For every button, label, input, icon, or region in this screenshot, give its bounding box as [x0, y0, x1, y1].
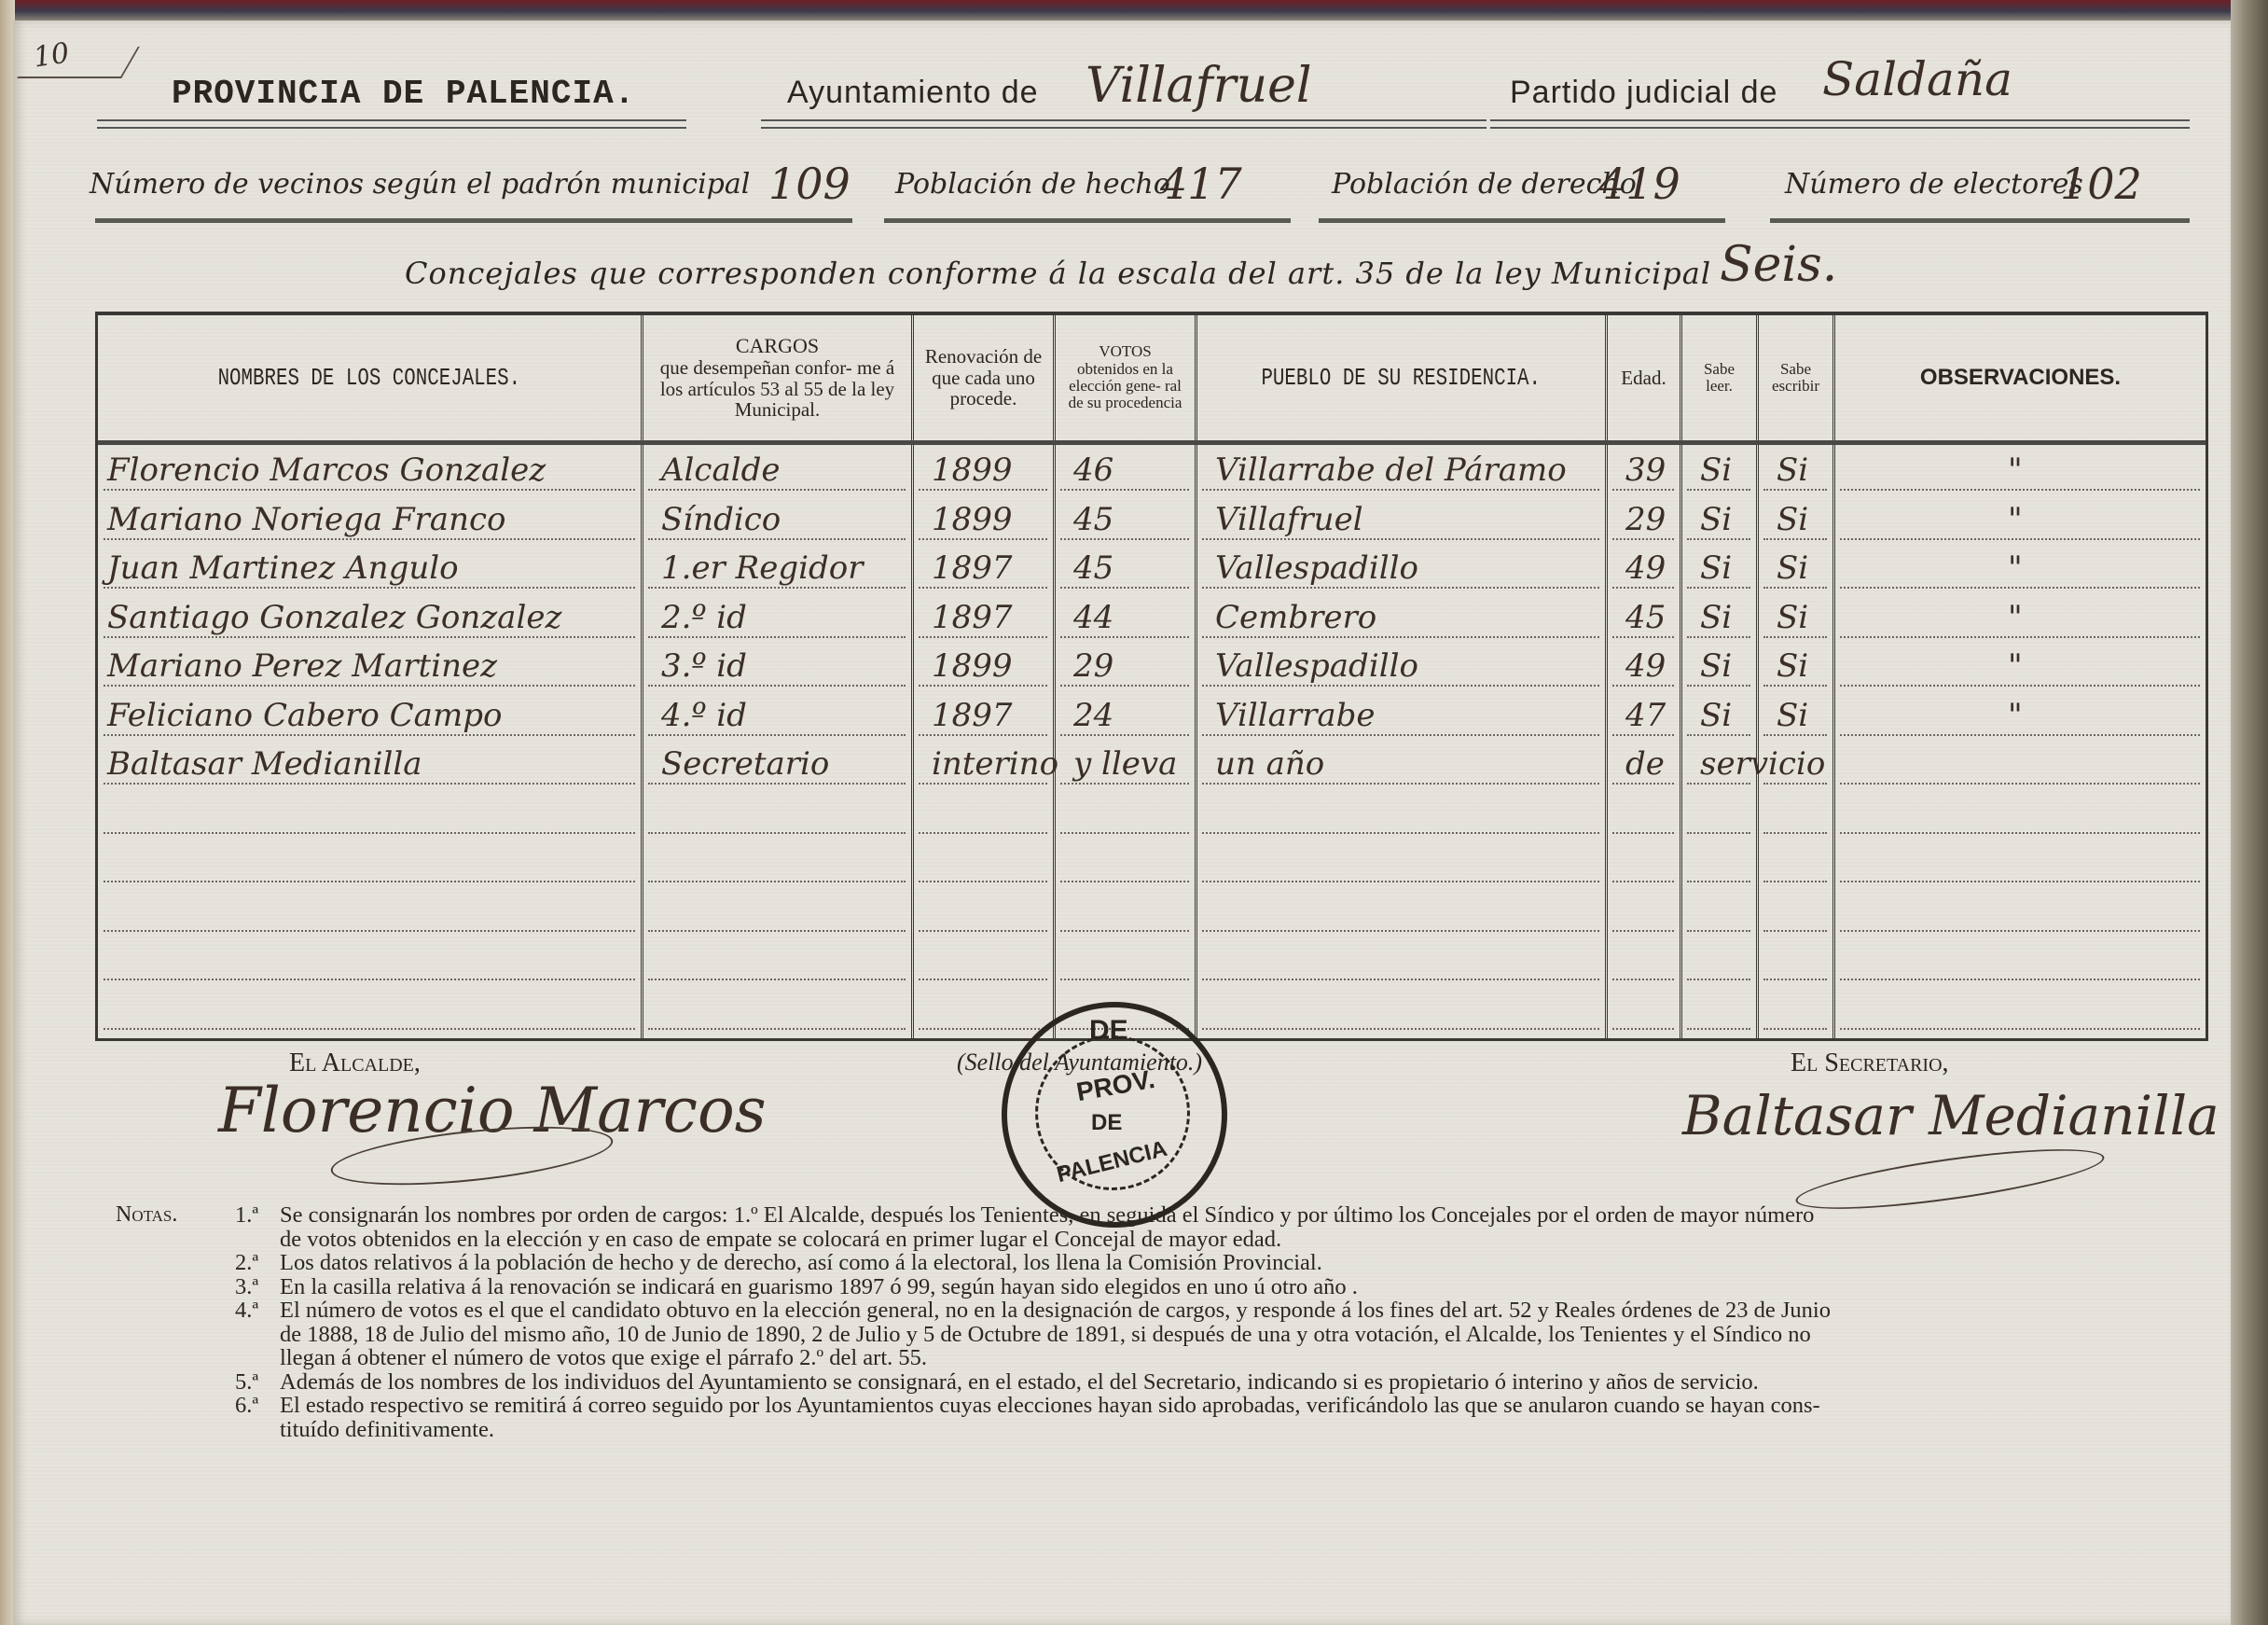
cell-escribir: Si	[1777, 501, 1808, 538]
dotted-line	[1687, 1028, 1750, 1030]
header-rule	[761, 119, 1487, 129]
cell-leer: Si	[1700, 697, 1732, 734]
dotted-line	[1612, 881, 1674, 882]
cell-edad: 29	[1625, 501, 1666, 538]
dotted-line	[1060, 783, 1189, 785]
table-row	[98, 789, 2206, 838]
cell-cargo: Secretario	[661, 745, 829, 783]
dotted-line	[1060, 685, 1189, 687]
header-cargos-sub: que desempeñan confor- me á los artículo…	[643, 357, 911, 421]
dotted-line	[1840, 734, 2200, 736]
cell-leer: Si	[1700, 599, 1732, 636]
dotted-line	[919, 979, 1047, 980]
cell-escribir: Si	[1777, 599, 1808, 636]
header-renovacion: Renovación de que cada uno procede.	[914, 315, 1053, 440]
cell-leer: Si	[1700, 501, 1732, 538]
cell-leer: servicio	[1700, 745, 1825, 783]
note-text: Se consignarán los nombres por orden de …	[280, 1203, 2205, 1228]
cell-obs: "	[2008, 451, 2023, 489]
cell-nombre: Santiago Gonzalez Gonzalez	[107, 599, 561, 636]
dotted-line	[104, 538, 635, 540]
cell-nombre: Juan Martinez Angulo	[107, 549, 459, 587]
note-number: 3.ª	[235, 1275, 280, 1299]
cell-cargo: Alcalde	[661, 451, 781, 489]
note-continuation: de votos obtenidos en la elección y en c…	[116, 1228, 2205, 1252]
cell-pueblo: Cembrero	[1215, 599, 1376, 636]
dotted-line	[648, 979, 906, 980]
dotted-line	[1202, 1028, 1599, 1030]
dotted-line	[1612, 538, 1674, 540]
dotted-line	[1202, 979, 1599, 980]
dotted-line	[1612, 1028, 1674, 1030]
cell-votos: 46	[1073, 451, 1113, 489]
note-number: 4.ª	[235, 1299, 280, 1323]
dotted-line	[1687, 783, 1750, 785]
header-edad: Edad.	[1608, 315, 1680, 440]
cell-renovacion: 1899	[932, 451, 1013, 489]
dotted-line	[1763, 636, 1827, 638]
cell-obs: "	[2008, 647, 2023, 685]
header-cargos: CARGOS que desempeñan confor- me á los a…	[643, 315, 911, 440]
cell-nombre: Florencio Marcos Gonzalez	[107, 451, 546, 489]
dotted-line	[1202, 832, 1599, 834]
census-rule	[884, 218, 1291, 223]
dotted-line	[1763, 881, 1827, 882]
dotted-line	[1060, 930, 1189, 932]
dotted-line	[919, 930, 1047, 932]
note-text: En la casilla relativa á la renovación s…	[280, 1275, 2205, 1299]
hecho-label: Población de hecho	[895, 168, 1170, 201]
book-right-edge	[2231, 0, 2268, 1625]
stamp-top-text: DE	[1089, 1015, 1128, 1047]
dotted-line	[648, 734, 906, 736]
partido-label: Partido judicial de	[1510, 75, 1777, 111]
dotted-line	[919, 832, 1047, 834]
table-row: Feliciano Cabero Campo4.º id189724Villar…	[98, 691, 2206, 740]
dotted-line	[104, 783, 635, 785]
cell-votos: 24	[1073, 697, 1113, 734]
dotted-line	[1612, 734, 1674, 736]
cell-pueblo: Vallespadillo	[1215, 647, 1418, 685]
note-5: 5.ª Además de los nombres de los individ…	[116, 1370, 2205, 1395]
hecho-value: 417	[1160, 159, 1242, 209]
cell-votos: y lleva	[1073, 745, 1177, 783]
dotted-line	[648, 587, 906, 589]
cell-nombre: Mariano Perez Martinez	[107, 647, 497, 685]
dotted-line	[104, 734, 635, 736]
secretario-label: El Secretario,	[1791, 1049, 1949, 1078]
cell-votos: 29	[1073, 647, 1113, 685]
cell-nombre: Baltasar Medianilla	[107, 745, 422, 783]
cell-pueblo: un año	[1215, 745, 1324, 783]
census-rule	[95, 218, 852, 223]
document-page: 10 PROVINCIA DE PALENCIA. Ayuntamiento d…	[13, 21, 2231, 1625]
dotted-line	[919, 636, 1047, 638]
concejales-label: Concejales que corresponden conforme á l…	[405, 256, 1711, 291]
dotted-line	[648, 489, 906, 491]
dotted-line	[1687, 881, 1750, 882]
dotted-line	[1060, 881, 1189, 882]
dotted-line	[919, 783, 1047, 785]
header-sabe-leer: Sabe leer.	[1682, 315, 1756, 440]
dotted-line	[1840, 538, 2200, 540]
cell-cargo: 2.º id	[661, 599, 747, 636]
cell-escribir: Si	[1777, 647, 1808, 685]
dotted-line	[1687, 832, 1750, 834]
dotted-line	[1763, 1028, 1827, 1030]
electores-label: Número de electores	[1785, 168, 2083, 201]
dotted-line	[1763, 587, 1827, 589]
dotted-line	[919, 587, 1047, 589]
table-row: Mariano Perez Martinez3.º id189929Valles…	[98, 642, 2206, 690]
cell-pueblo: Villarrabe	[1215, 697, 1376, 734]
cell-cargo: 1.er Regidor	[661, 549, 863, 587]
derecho-label: Población de derecho	[1332, 168, 1637, 201]
dotted-line	[104, 636, 635, 638]
table-row: Florencio Marcos GonzalezAlcalde189946Vi…	[98, 446, 2206, 494]
cell-edad: 49	[1625, 647, 1666, 685]
header-sabe-escribir: Sabe escribir	[1759, 315, 1832, 440]
cell-nombre: Mariano Noriega Franco	[107, 501, 506, 538]
note-continuation: de 1888, 18 de Julio del mismo año, 10 d…	[116, 1323, 2205, 1347]
dotted-line	[1612, 685, 1674, 687]
note-number: 6.ª	[235, 1394, 280, 1418]
dotted-line	[1840, 489, 2200, 491]
dotted-line	[1612, 489, 1674, 491]
dotted-line	[1763, 734, 1827, 736]
dotted-line	[919, 1028, 1047, 1030]
dotted-line	[919, 685, 1047, 687]
header-votos-sub: obtenidos en la elección gene- ral de su…	[1056, 361, 1195, 412]
dotted-line	[1840, 832, 2200, 834]
dotted-line	[1060, 636, 1189, 638]
dotted-line	[1612, 930, 1674, 932]
dotted-line	[1687, 538, 1750, 540]
census-rule	[1319, 218, 1725, 223]
ayuntamiento-value: Villafruel	[1086, 58, 1312, 114]
notes-label: Notas.	[116, 1203, 235, 1228]
header-pueblo: PUEBLO DE SU RESIDENCIA.	[1197, 315, 1605, 440]
dotted-line	[1202, 489, 1599, 491]
census-rule	[1770, 218, 2190, 223]
concejales-table: NOMBRES DE LOS CONCEJALES. CARGOS que de…	[95, 312, 2208, 1041]
note-text: El número de votos es el que el candidat…	[280, 1299, 2205, 1323]
cell-pueblo: Vallespadillo	[1215, 549, 1418, 587]
dotted-line	[1763, 979, 1827, 980]
cell-renovacion: 1899	[932, 501, 1013, 538]
dotted-line	[1763, 783, 1827, 785]
dotted-line	[1202, 734, 1599, 736]
cell-renovacion: interino	[932, 745, 1058, 783]
dotted-line	[1840, 1028, 2200, 1030]
cell-obs: "	[2008, 697, 2023, 734]
dotted-line	[919, 538, 1047, 540]
dotted-line	[1612, 979, 1674, 980]
dotted-line	[1612, 636, 1674, 638]
cell-renovacion: 1899	[932, 647, 1013, 685]
ayuntamiento-label: Ayuntamiento de	[787, 75, 1039, 111]
dotted-line	[1202, 587, 1599, 589]
dotted-line	[1763, 489, 1827, 491]
cell-edad: 45	[1625, 599, 1666, 636]
derecho-value: 419	[1598, 159, 1680, 209]
dotted-line	[1060, 734, 1189, 736]
note-number: 1.ª	[235, 1203, 280, 1228]
cell-renovacion: 1897	[932, 697, 1013, 734]
vecinos-value: 109	[768, 159, 850, 209]
cell-escribir: Si	[1777, 451, 1808, 489]
dotted-line	[1687, 930, 1750, 932]
header-rule	[97, 119, 686, 129]
cell-votos: 45	[1073, 549, 1113, 587]
dotted-line	[1612, 587, 1674, 589]
dotted-line	[648, 832, 906, 834]
cell-obs: "	[2008, 501, 2023, 538]
header-rule	[1490, 119, 2190, 129]
cell-edad: de	[1625, 745, 1665, 783]
dotted-line	[1687, 489, 1750, 491]
cell-cargo: 4.º id	[661, 697, 747, 734]
dotted-line	[1202, 636, 1599, 638]
secretario-signature: Baltasar Medianilla	[1682, 1084, 2220, 1147]
note-4: 4.ª El número de votos es el que el cand…	[116, 1299, 2205, 1323]
dotted-line	[1840, 930, 2200, 932]
note-text: El estado respectivo se remitirá á corre…	[280, 1394, 2205, 1418]
header-bottom-rule	[98, 440, 2206, 445]
dotted-line	[648, 685, 906, 687]
electores-value: 102	[2060, 159, 2142, 209]
dotted-line	[648, 930, 906, 932]
dotted-line	[1763, 832, 1827, 834]
dotted-line	[1687, 979, 1750, 980]
dotted-line	[104, 930, 635, 932]
header-votos: VOTOS obtenidos en la elección gene- ral…	[1056, 315, 1195, 440]
notes-section: Notas. 1.ª Se consignarán los nombres po…	[116, 1203, 2205, 1441]
cell-edad: 47	[1625, 697, 1666, 734]
dotted-line	[1202, 783, 1599, 785]
cell-leer: Si	[1700, 647, 1732, 685]
table-row	[98, 936, 2206, 984]
concejales-value: Seis.	[1720, 237, 1837, 293]
dotted-line	[648, 636, 906, 638]
cell-votos: 44	[1073, 599, 1113, 636]
table-row: Juan Martinez Angulo1.er Regidor189745Va…	[98, 544, 2206, 592]
dotted-line	[1763, 685, 1827, 687]
header-pueblo-text: PUEBLO DE SU RESIDENCIA.	[1262, 365, 1542, 391]
table-row: Santiago Gonzalez Gonzalez2.º id189744Ce…	[98, 593, 2206, 642]
dotted-line	[1687, 685, 1750, 687]
header-observaciones: OBSERVACIONES.	[1835, 315, 2206, 440]
dotted-line	[1840, 587, 2200, 589]
cell-pueblo: Villafruel	[1215, 501, 1363, 538]
note-text: Además de los nombres de los individuos …	[280, 1370, 2205, 1395]
dotted-line	[104, 489, 635, 491]
cell-leer: Si	[1700, 549, 1732, 587]
cell-renovacion: 1897	[932, 599, 1013, 636]
dotted-line	[1060, 979, 1189, 980]
dotted-line	[1840, 636, 2200, 638]
partido-value: Saldaña	[1822, 52, 2012, 106]
header-cargos-title: CARGOS	[736, 335, 819, 357]
dotted-line	[104, 1028, 635, 1030]
dotted-line	[104, 587, 635, 589]
table-row	[98, 838, 2206, 886]
dotted-line	[1687, 587, 1750, 589]
dotted-line	[1687, 734, 1750, 736]
note-2: 2.ª Los datos relativos á la población d…	[116, 1251, 2205, 1275]
dotted-line	[648, 1028, 906, 1030]
dotted-line	[1202, 930, 1599, 932]
dotted-line	[1612, 832, 1674, 834]
dotted-line	[919, 734, 1047, 736]
cell-escribir: Si	[1777, 549, 1808, 587]
dotted-line	[1612, 783, 1674, 785]
dotted-line	[1763, 930, 1827, 932]
stamp-line2: DE	[1091, 1110, 1122, 1136]
note-continuation: tituído definitivamente.	[116, 1418, 2205, 1442]
cell-edad: 49	[1625, 549, 1666, 587]
dotted-line	[1202, 881, 1599, 882]
dotted-line	[648, 783, 906, 785]
cell-pueblo: Villarrabe del Páramo	[1215, 451, 1567, 489]
dotted-line	[1840, 685, 2200, 687]
header-votos-title: VOTOS	[1099, 343, 1151, 360]
note-continuation: llegan á obtener el número de votos que …	[116, 1346, 2205, 1370]
dotted-line	[1202, 685, 1599, 687]
dotted-line	[1763, 538, 1827, 540]
dotted-line	[648, 538, 906, 540]
dotted-line	[104, 979, 635, 980]
ayuntamiento-stamp: DE PROV. DE PALENCIA	[1002, 1002, 1227, 1228]
cell-leer: Si	[1700, 451, 1732, 489]
header-nombres: NOMBRES DE LOS CONCEJALES.	[98, 315, 641, 440]
note-1: Notas. 1.ª Se consignarán los nombres po…	[116, 1203, 2205, 1228]
vecinos-label: Número de vecinos según el padrón munici…	[90, 168, 750, 201]
cell-edad: 39	[1625, 451, 1666, 489]
dotted-line	[919, 489, 1047, 491]
dotted-line	[919, 881, 1047, 882]
cell-votos: 45	[1073, 501, 1113, 538]
cell-renovacion: 1897	[932, 549, 1013, 587]
header-nombres-text: NOMBRES DE LOS CONCEJALES.	[218, 365, 521, 391]
dotted-line	[1060, 832, 1189, 834]
note-number: 5.ª	[235, 1370, 280, 1395]
table-row: Baltasar MedianillaSecretariointerinoy l…	[98, 740, 2206, 788]
dotted-line	[1687, 636, 1750, 638]
note-text: Los datos relativos á la población de he…	[280, 1251, 2205, 1275]
dotted-line	[1840, 979, 2200, 980]
table-row	[98, 887, 2206, 936]
cell-nombre: Feliciano Cabero Campo	[107, 697, 502, 734]
cell-escribir: Si	[1777, 697, 1808, 734]
note-3: 3.ª En la casilla relativa á la renovaci…	[116, 1275, 2205, 1299]
dotted-line	[1840, 881, 2200, 882]
folio-number: 10	[32, 37, 72, 75]
dotted-line	[1060, 538, 1189, 540]
dotted-line	[1060, 587, 1189, 589]
dotted-line	[104, 832, 635, 834]
province-title: PROVINCIA DE PALENCIA.	[172, 75, 635, 113]
cell-obs: "	[2008, 599, 2023, 636]
dotted-line	[1202, 538, 1599, 540]
dotted-line	[104, 685, 635, 687]
dotted-line	[648, 881, 906, 882]
note-number: 2.ª	[235, 1251, 280, 1275]
dotted-line	[1060, 489, 1189, 491]
table-row: Mariano Noriega FrancoSíndico189945Villa…	[98, 495, 2206, 544]
note-6: 6.ª El estado respectivo se remitirá á c…	[116, 1394, 2205, 1418]
cell-obs: "	[2008, 549, 2023, 587]
dotted-line	[1840, 783, 2200, 785]
cell-cargo: 3.º id	[661, 647, 747, 685]
cell-cargo: Síndico	[661, 501, 781, 538]
dotted-line	[104, 881, 635, 882]
